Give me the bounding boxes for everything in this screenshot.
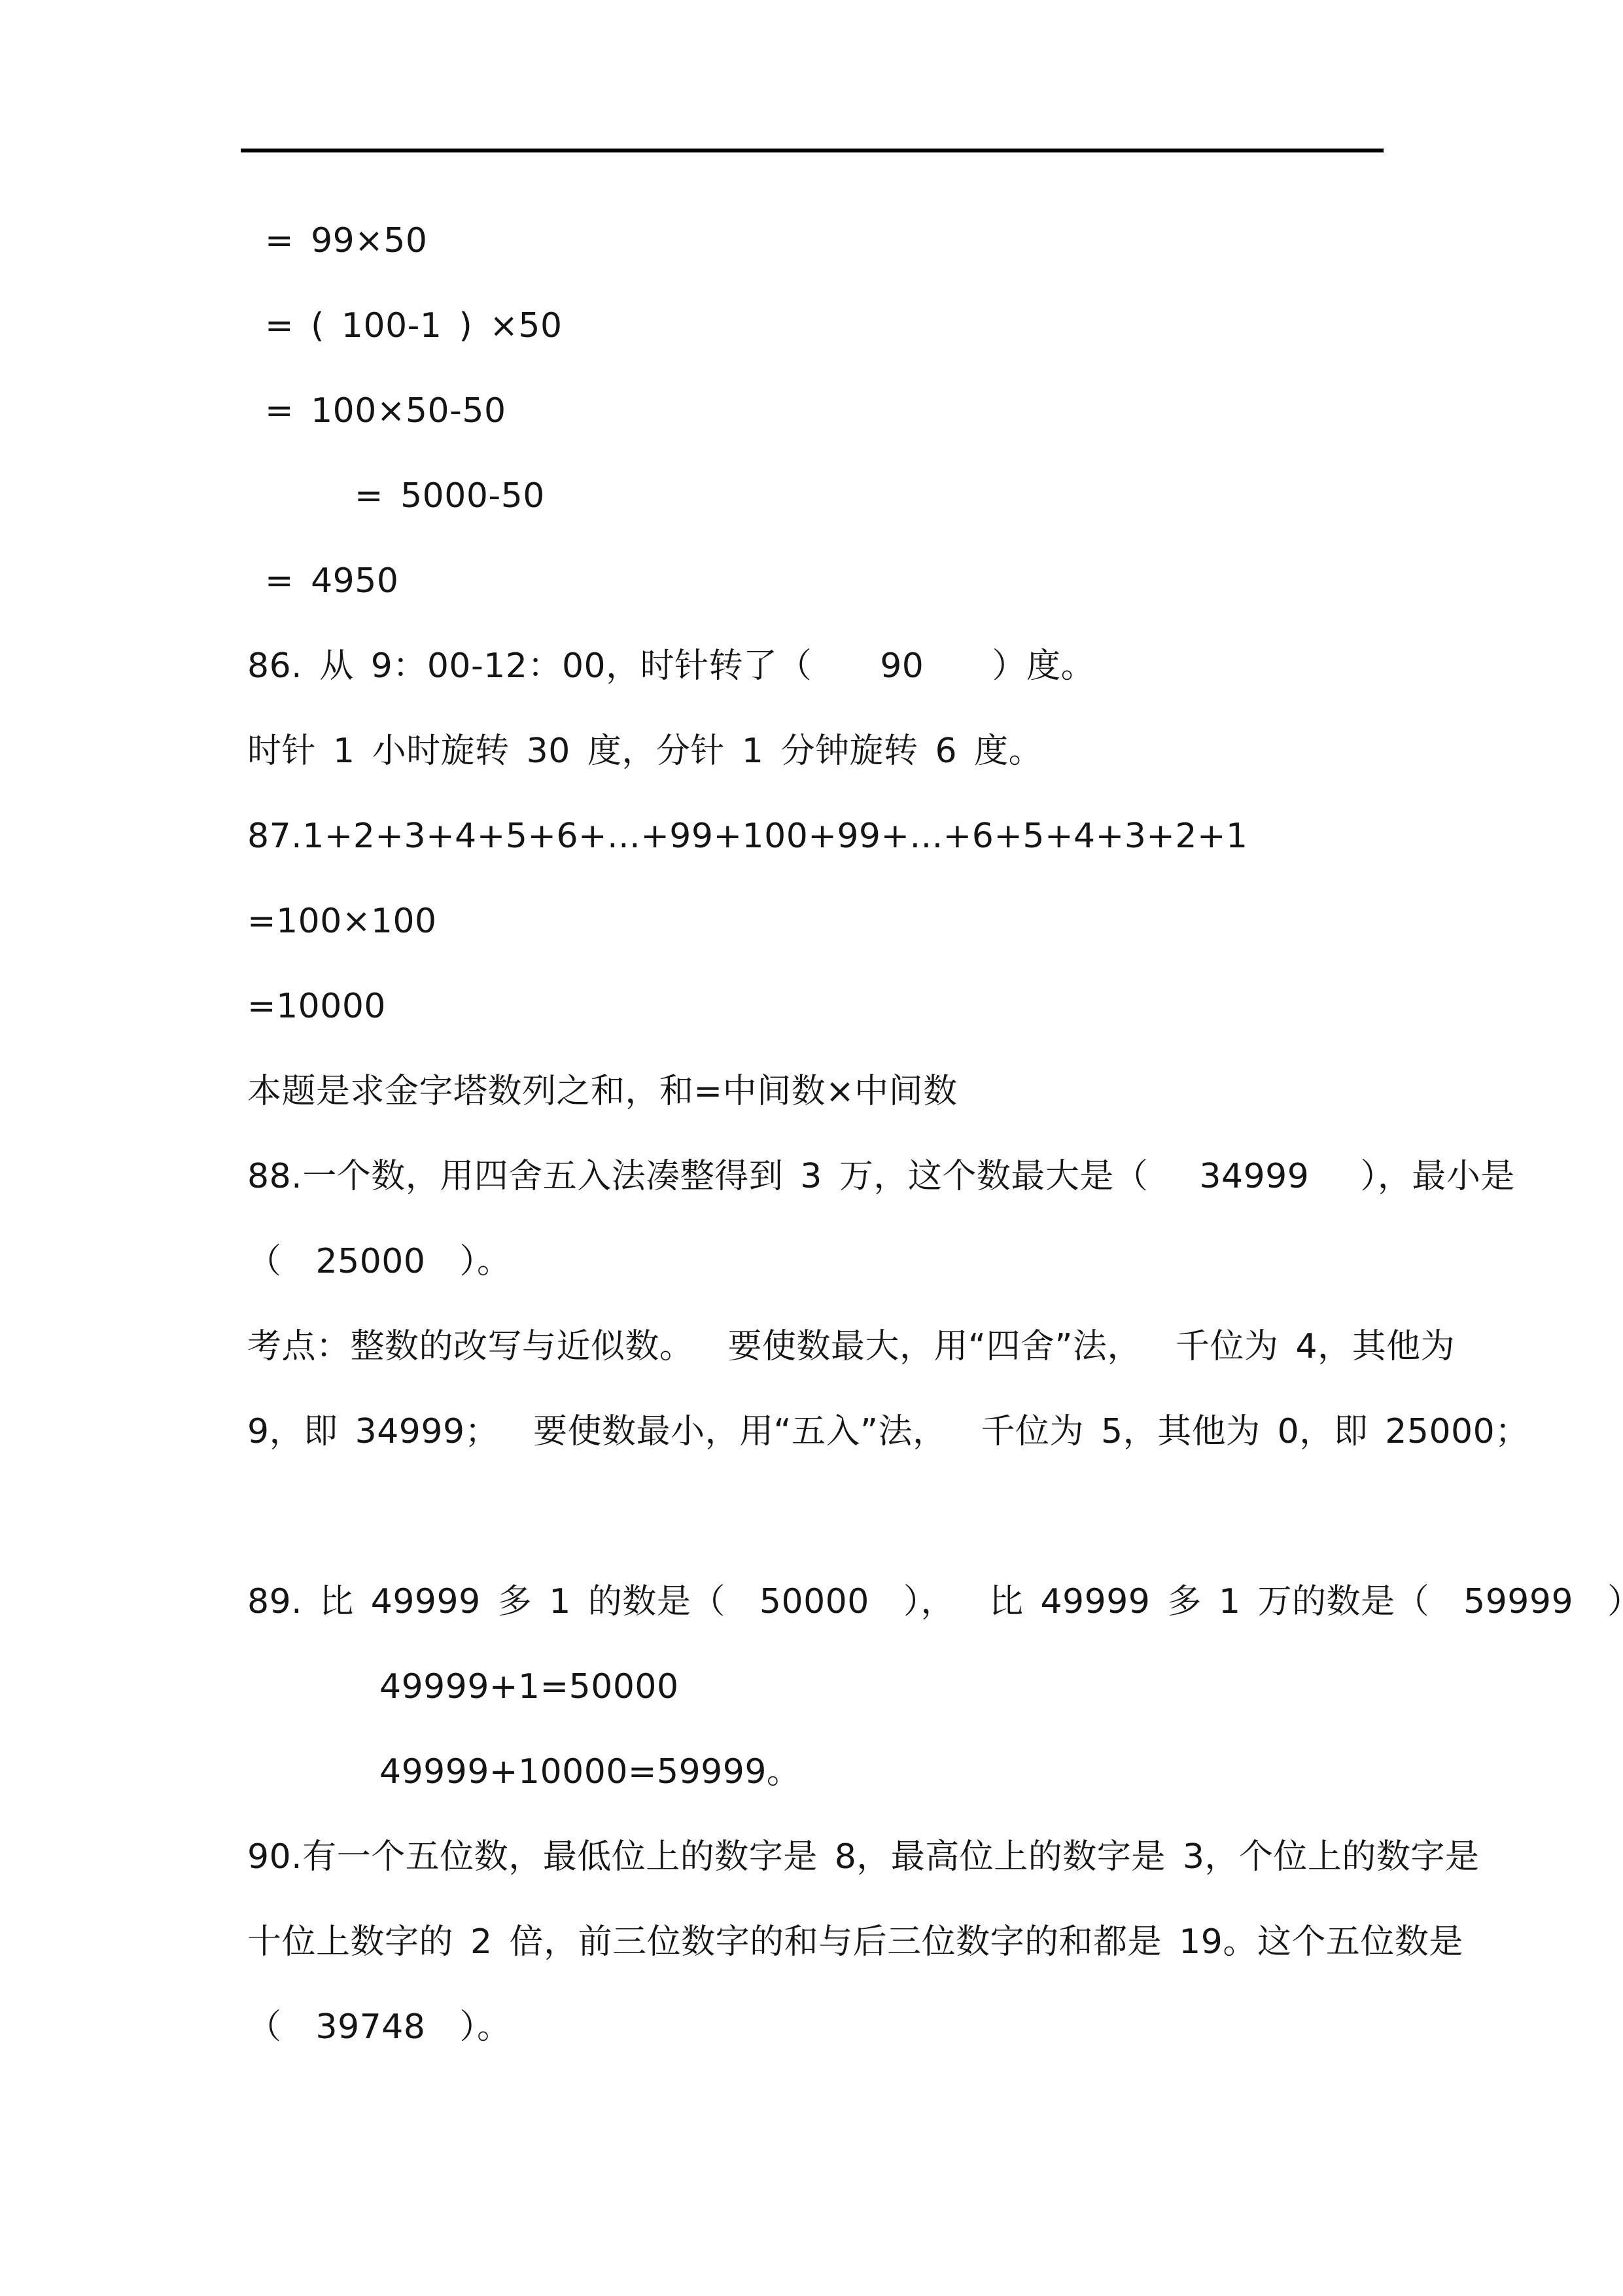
- problem-88: 88.一个数，用四舍五入法凑整得到 3 万，这个数最大是（ 34999 ），最小…: [247, 1134, 1399, 1219]
- document-body: = 99×50 = ( 100-1 ) ×50 = 100×50-50 = 50…: [247, 198, 1399, 2070]
- problem-90-answer: （ 39748 ）。: [247, 1985, 1399, 2070]
- calc-87-result: =10000: [247, 964, 1399, 1049]
- calc-87-step-1: =100×100: [247, 879, 1399, 964]
- problem-90-line-2: 十位上数字的 2 倍，前三位数字的和与后三位数字的和都是 19。这个五位数是: [247, 1899, 1399, 1985]
- calc-89-step-1: 49999+1=50000: [247, 1644, 1399, 1729]
- problem-87: 87.1+2+3+4+5+6+...+99+100+99+...+6+5+4+3…: [247, 794, 1399, 879]
- analysis-88-line-2: 9，即 34999； 要使数最小，用“五入”法， 千位为 5，其他为 0，即 2…: [247, 1389, 1399, 1474]
- calc-85-step-2: = ( 100-1 ) ×50: [247, 283, 1399, 368]
- header-divider: [241, 149, 1384, 152]
- document-page: = 99×50 = ( 100-1 ) ×50 = 100×50-50 = 50…: [0, 0, 1623, 2296]
- calc-85-step-1: = 99×50: [247, 198, 1399, 283]
- calc-89-step-2: 49999+10000=59999。: [247, 1729, 1399, 1814]
- note-87: 本题是求金字塔数列之和，和=中间数×中间数: [247, 1049, 1399, 1134]
- calc-85-step-4: = 5000-50: [247, 453, 1399, 539]
- calc-85-step-3: = 100×50-50: [247, 368, 1399, 453]
- problem-86: 86. 从 9：00-12：00，时针转了（ 90 ）度。: [247, 624, 1399, 709]
- problem-89: 89. 比 49999 多 1 的数是（ 50000 ）， 比 49999 多 …: [247, 1559, 1399, 1644]
- blank-line: [247, 1474, 1399, 1559]
- problem-90-line-1: 90.有一个五位数，最低位上的数字是 8，最高位上的数字是 3，个位上的数字是: [247, 1814, 1399, 1899]
- note-86: 时针 1 小时旋转 30 度，分针 1 分钟旋转 6 度。: [247, 709, 1399, 794]
- calc-85-result: = 4950: [247, 539, 1399, 624]
- problem-88-answer: （ 25000 ）。: [247, 1219, 1399, 1304]
- analysis-88-line-1: 考点：整数的改写与近似数。 要使数最大，用“四舍”法， 千位为 4，其他为: [247, 1304, 1399, 1389]
